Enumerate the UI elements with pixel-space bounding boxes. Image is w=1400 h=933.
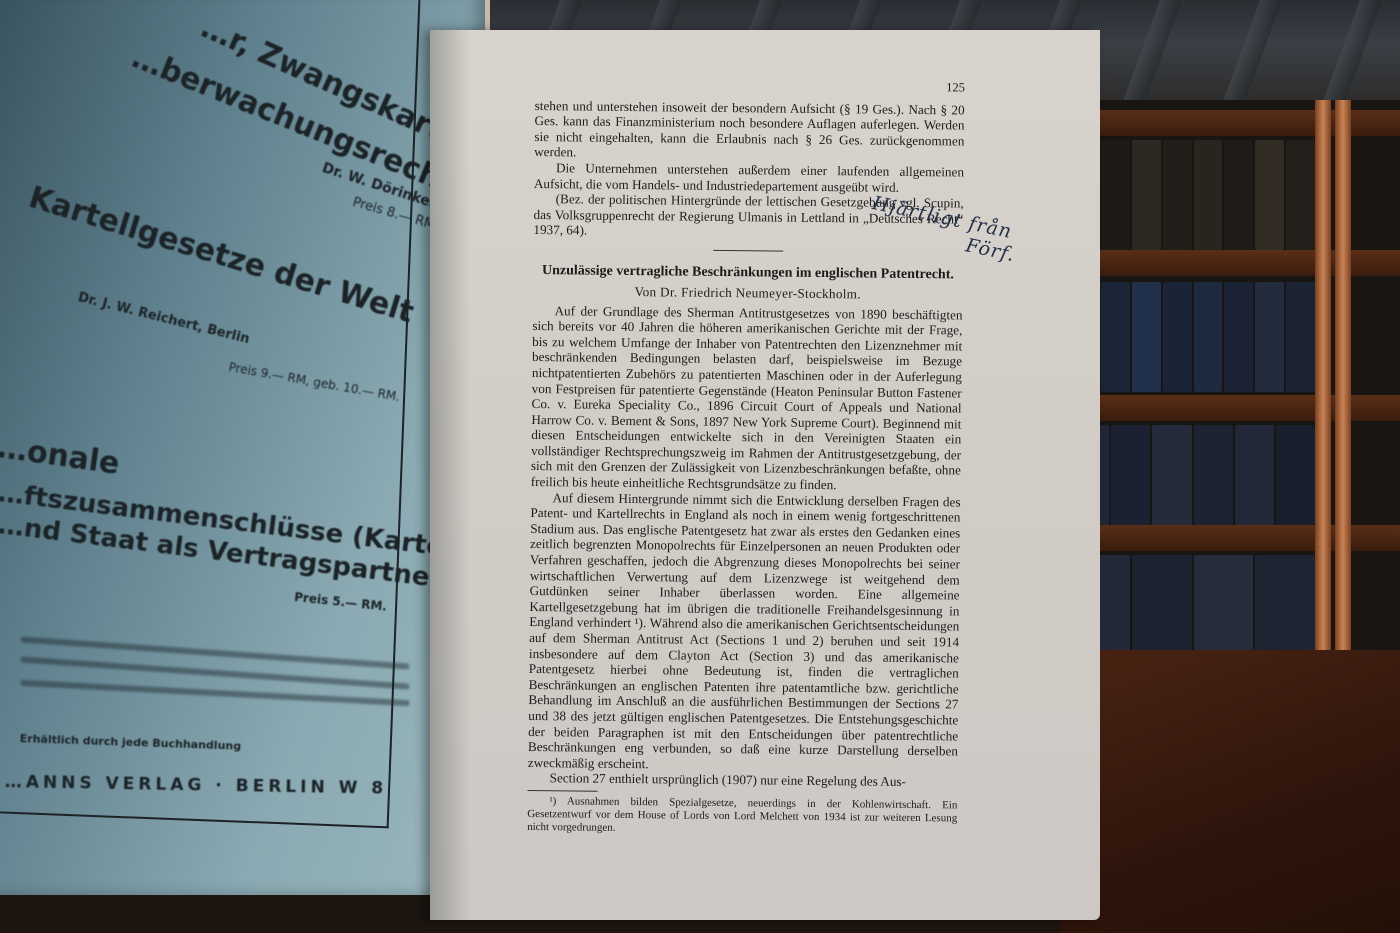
article-page: 125 stehen und unterstehen insoweit der … <box>527 76 965 838</box>
article-byline: Von Dr. Friedrich Neumeyer-Stockholm. <box>533 283 963 303</box>
bookshelves <box>1060 100 1400 660</box>
article-paragraph-1: Auf der Grundlage des Sherman Antitrustg… <box>531 303 963 495</box>
footnote-divider <box>528 790 598 792</box>
article-title: Unzulässige vertragliche Beschränkungen … <box>533 263 963 284</box>
book-gutter <box>430 30 470 920</box>
page-number: 125 <box>535 76 965 96</box>
left-page-advertisement: …r, Zwangskartell- …berwachungsrecht Dr.… <box>0 0 485 895</box>
article-paragraph-3: Section 27 enthielt ursprünglich (1907) … <box>528 770 958 790</box>
intro-paragraph-1: stehen und unterstehen insoweit der beso… <box>534 98 965 165</box>
wooden-desk <box>1060 650 1400 933</box>
footnote: ¹) Ausnahmen bilden Spezialgesetze, neue… <box>527 795 957 839</box>
section-divider <box>713 250 783 252</box>
intro-paragraph-2: Die Unternehmen unterstehen außerdem ein… <box>534 160 964 196</box>
article-paragraph-2: Auf diesem Hintergrunde nimmt sich die E… <box>528 490 961 775</box>
ad-frame <box>0 0 422 828</box>
